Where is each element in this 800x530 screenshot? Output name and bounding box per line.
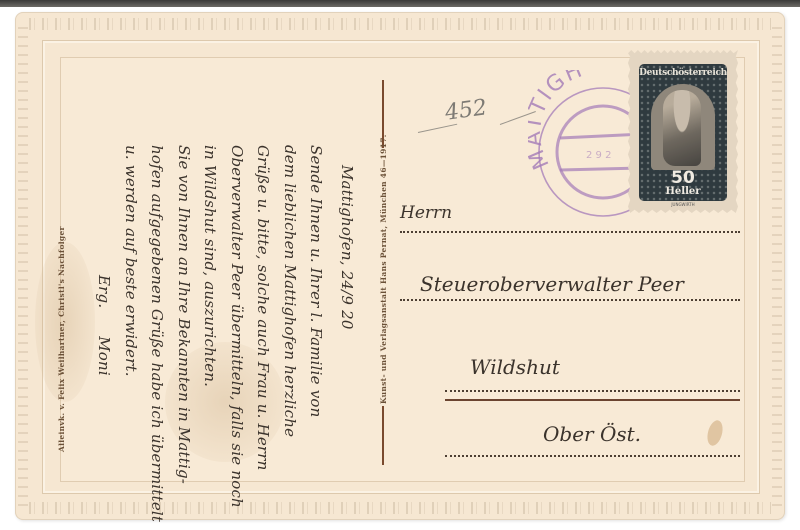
stamp-unit: Heller [639,186,727,198]
message-place-date: Mattighofen, 24/9 20 [334,145,361,475]
message-line: dem lieblichen Mattighofen herzliche [277,145,304,475]
address-name: Steueroberverwalter Peer [420,272,684,296]
message-line: hofen aufgegebenen Grüße habe ich übermi… [144,145,171,475]
publisher-imprint-left: Alleinvk. v. Felix Weilhartner, Christl'… [57,226,66,452]
address-town: Wildshut [470,355,560,379]
message-line: Sende Ihnen u. Ihrer l. Familie von [303,145,330,475]
address-salutation: Herrn [400,203,452,223]
message-line: in Wildshut sind, auszurichten. [197,145,224,475]
message-block: Mattighofen, 24/9 20 Sende Ihnen u. Ihre… [91,145,360,475]
stamp-value: 50 [639,170,727,187]
address-line-2 [400,299,740,301]
embossed-edge-bottom [29,502,771,514]
address-town-underline [445,399,740,401]
address-line-3 [445,390,740,392]
stamp-country: Deutschösterreich [639,68,727,78]
address-line-1 [400,231,740,233]
address-region: Ober Öst. [543,422,641,446]
publisher-imprint-center: Kunst- und Verlagsanstalt Hans Pernat, M… [379,134,388,404]
message-closing: Erg. [96,275,114,308]
stamp-figure-icon [663,90,701,166]
message-line: Sie von Ihnen an Ihre Bekannten in Matti… [171,145,198,475]
stamp-imprint: JUNGWIRTH [628,202,738,207]
postage-stamp: Deutschösterreich 50 Heller JUNGWIRTH [628,50,738,213]
embossed-edge-left [18,26,28,506]
message-line: u. werden auf beste erwidert. [118,145,145,475]
embossed-edge-top [29,18,771,30]
stamp-design: Deutschösterreich 50 Heller [639,64,727,201]
embossed-edge-right [772,26,782,506]
message-signature: Moni [96,336,114,376]
message-line: Grüße u. bitte, solche auch Frau u. Herr… [250,145,277,475]
scan-top-edge [0,0,800,7]
message-line: Oberverwalter Peer übermitteln, falls si… [224,145,251,475]
address-line-4 [445,455,740,457]
